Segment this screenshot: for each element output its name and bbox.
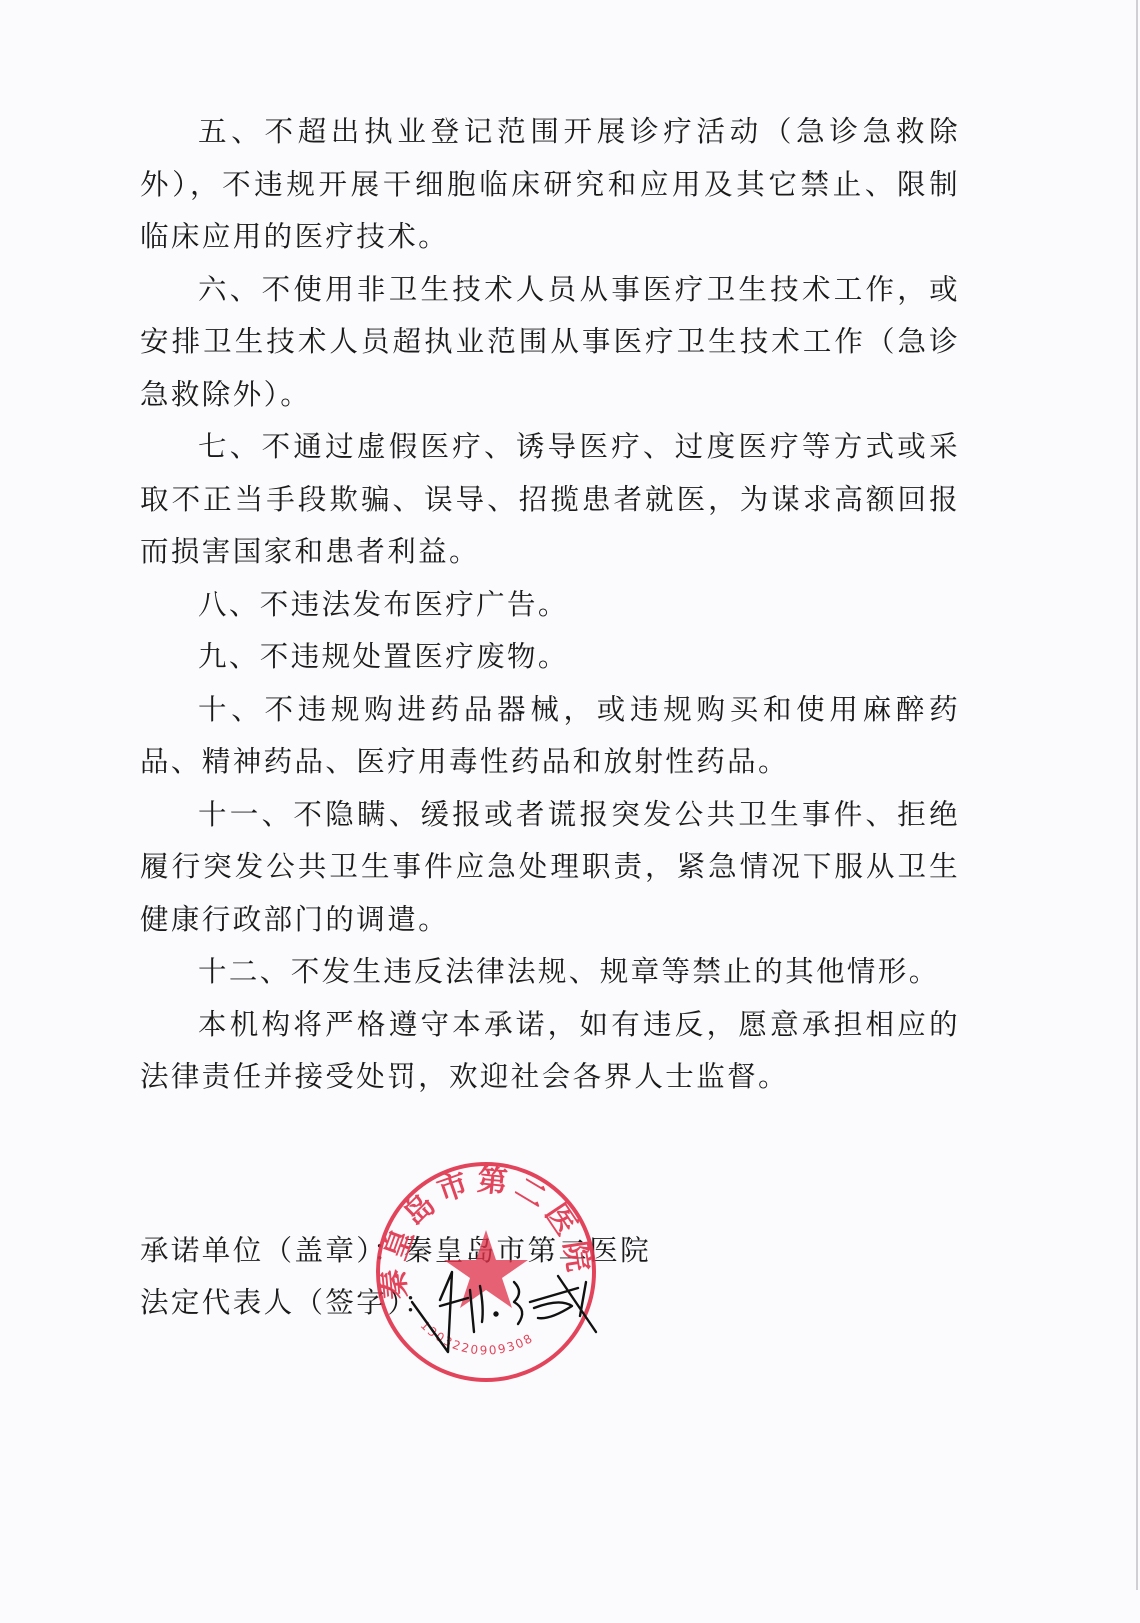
document-body: 五、不超出执业登记范围开展诊疗活动（急诊急救除外），不违规开展干细胞临床研究和应… bbox=[140, 106, 960, 1104]
committing-unit-label: 承诺单位（盖章）： bbox=[140, 1234, 404, 1267]
signature-block: 承诺单位（盖章）：秦皇岛市第二医院 法定代表人（签字）： bbox=[140, 1225, 651, 1329]
legal-rep-label: 法定代表人（签字）： bbox=[140, 1286, 435, 1319]
paragraph-closing: 本机构将严格遵守本承诺，如有违反，愿意承担相应的法律责任并接受处罚，欢迎社会各界… bbox=[140, 999, 960, 1104]
paragraph-item-8: 八、不违法发布医疗广告。 bbox=[140, 579, 960, 632]
paragraph-item-11: 十一、不隐瞒、缓报或者谎报突发公共卫生事件、拒绝履行突发公共卫生事件应急处理职责… bbox=[140, 789, 960, 947]
committing-unit-line: 承诺单位（盖章）：秦皇岛市第二医院 bbox=[140, 1225, 651, 1277]
paragraph-item-5: 五、不超出执业登记范围开展诊疗活动（急诊急救除外），不违规开展干细胞临床研究和应… bbox=[140, 106, 960, 264]
paragraph-item-9: 九、不违规处置医疗废物。 bbox=[140, 631, 960, 684]
paragraph-item-7: 七、不通过虚假医疗、诱导医疗、过度医疗等方式或采取不正当手段欺骗、误导、招揽患者… bbox=[140, 421, 960, 579]
paragraph-item-10: 十、不违规购进药品器械，或违规购买和使用麻醉药品、精神药品、医疗用毒性药品和放射… bbox=[140, 684, 960, 789]
legal-rep-line: 法定代表人（签字）： bbox=[140, 1277, 651, 1329]
paragraph-item-12: 十二、不发生违反法律法规、规章等禁止的其他情形。 bbox=[140, 946, 960, 999]
paragraph-item-6: 六、不使用非卫生技术人员从事医疗卫生技术工作，或安排卫生技术人员超执业范围从事医… bbox=[140, 264, 960, 422]
committing-unit-value: 秦皇岛市第二医院 bbox=[404, 1234, 651, 1267]
page-edge bbox=[1136, 0, 1138, 1590]
